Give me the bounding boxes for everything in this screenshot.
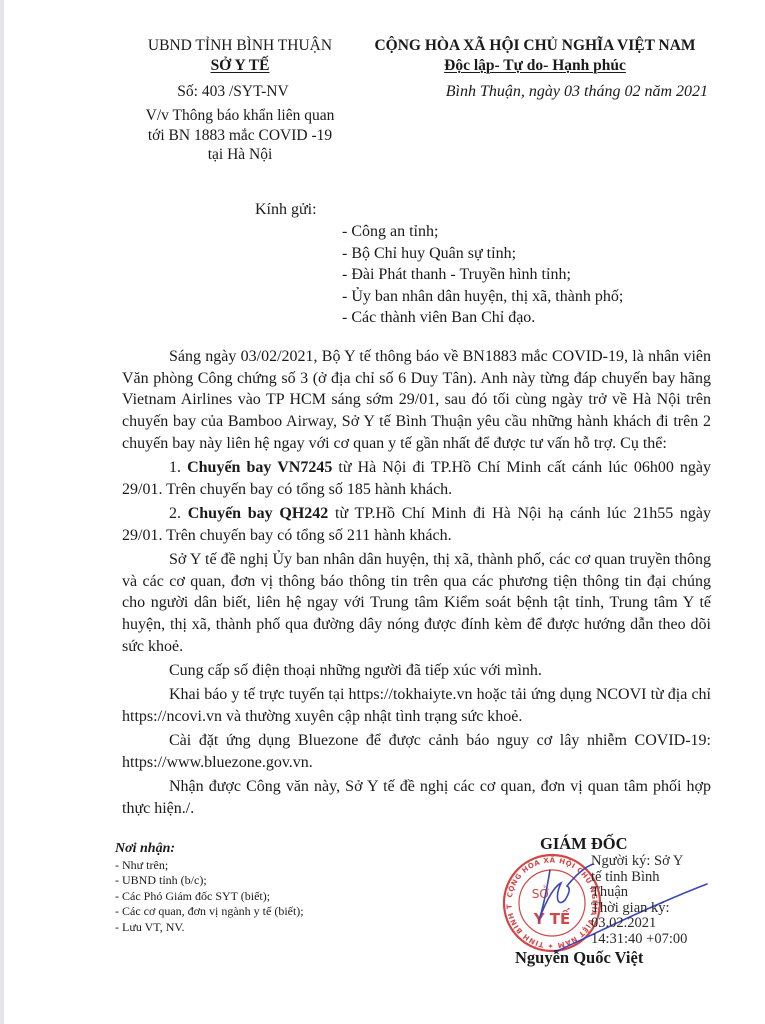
page-edge — [0, 0, 4, 1024]
recipients-list: - Công an tỉnh; - Bộ Chỉ huy Quân sự tỉn… — [342, 221, 623, 329]
subject-line: V/v Thông báo khẩn liên quan — [120, 106, 360, 126]
recipient-item: - Đài Phát thanh - Truyền hình tỉnh; — [342, 264, 623, 286]
recipient-item: - Công an tỉnh; — [342, 221, 623, 243]
cc-item: - Lưu VT, NV. — [115, 920, 304, 935]
recipient-item: - Ủy ban nhân dân huyện, thị xã, thành p… — [342, 286, 623, 308]
body-paragraph: Khai báo y tế trực tuyến tại https://tok… — [122, 684, 711, 727]
signer-name: Nguyễn Quốc Việt — [515, 948, 643, 968]
cc-item: - Các Phó Giám đốc SYT (biết); — [115, 889, 304, 904]
cc-label: Nơi nhận: — [115, 840, 304, 858]
recipients-label: Kính gửi: — [255, 199, 317, 221]
cc-item: - Các cơ quan, đơn vị ngành y tế (biết); — [115, 904, 304, 919]
national-motto: Độc lập- Tự do- Hạnh phúc — [444, 56, 626, 76]
org-parent: UBND TỈNH BÌNH THUẬN — [120, 36, 360, 56]
flight-number: Chuyến bay VN7245 — [187, 459, 332, 476]
flight-number: Chuyến bay QH242 — [188, 505, 329, 522]
national-header: CỘNG HÒA XÃ HỘI CHỦ NGHĨA VIỆT NAM Độc l… — [360, 36, 710, 102]
cc-block: Nơi nhận: - Như trên; - UBND tỉnh (b/c);… — [115, 840, 304, 935]
body-paragraph: Cài đặt ứng dụng Bluezone để được cảnh b… — [122, 730, 711, 773]
signature-meta-line: Người ký: Sở Y — [591, 854, 687, 870]
flight-item: 1. Chuyến bay VN7245 từ Hà Nội đi TP.Hồ … — [122, 457, 711, 500]
recipient-item: - Bộ Chỉ huy Quân sự tỉnh; — [342, 243, 623, 265]
body-paragraph: Sở Y tế đề nghị Ủy ban nhân dân huyện, t… — [122, 549, 711, 658]
cc-item: - UBND tỉnh (b/c); — [115, 873, 304, 888]
signature-meta-line: Thuận — [591, 885, 687, 901]
body-paragraph: Cung cấp số điện thoại những người đã ti… — [122, 660, 711, 682]
digital-signature-info: Người ký: Sở Y tế tỉnh Bình Thuận Thời g… — [591, 854, 687, 947]
recipient-item: - Các thành viên Ban Chỉ đạo. — [342, 307, 623, 329]
nation-title: CỘNG HÒA XÃ HỘI CHỦ NGHĨA VIỆT NAM — [360, 36, 710, 56]
signature-meta-line: 03.02.2021 — [591, 916, 687, 932]
place-date: Bình Thuận, ngày 03 tháng 02 năm 2021 — [360, 82, 710, 102]
issuing-organization: UBND TỈNH BÌNH THUẬN SỞ Y TẾ Số: 403 /SY… — [120, 36, 360, 165]
body-paragraph: Nhận được Công văn này, Sở Y tế đề nghị … — [122, 776, 711, 819]
signature-meta-line: Thời gian ký: — [591, 901, 687, 917]
doc-subject: V/v Thông báo khẩn liên quan tới BN 1883… — [120, 106, 360, 165]
doc-number: Số: 403 /SYT-NV — [120, 82, 360, 102]
org-name: SỞ Y TẾ — [211, 56, 270, 76]
subject-line: tại Hà Nội — [120, 145, 360, 165]
cc-item: - Như trên; — [115, 858, 304, 873]
signature-meta-line: tế tỉnh Bình — [591, 870, 687, 886]
svg-text:Y TẾ: Y TẾ — [533, 907, 571, 928]
signature-meta-line: 14:31:40 +07:00 — [591, 932, 687, 948]
document-body: Sáng ngày 03/02/2021, Bộ Y tế thông báo … — [122, 346, 711, 822]
flight-item: 2. Chuyến bay QH242 từ TP.Hồ Chí Minh đi… — [122, 503, 711, 546]
subject-line: tới BN 1883 mắc COVID -19 — [120, 126, 360, 146]
intro-paragraph: Sáng ngày 03/02/2021, Bộ Y tế thông báo … — [122, 346, 711, 455]
